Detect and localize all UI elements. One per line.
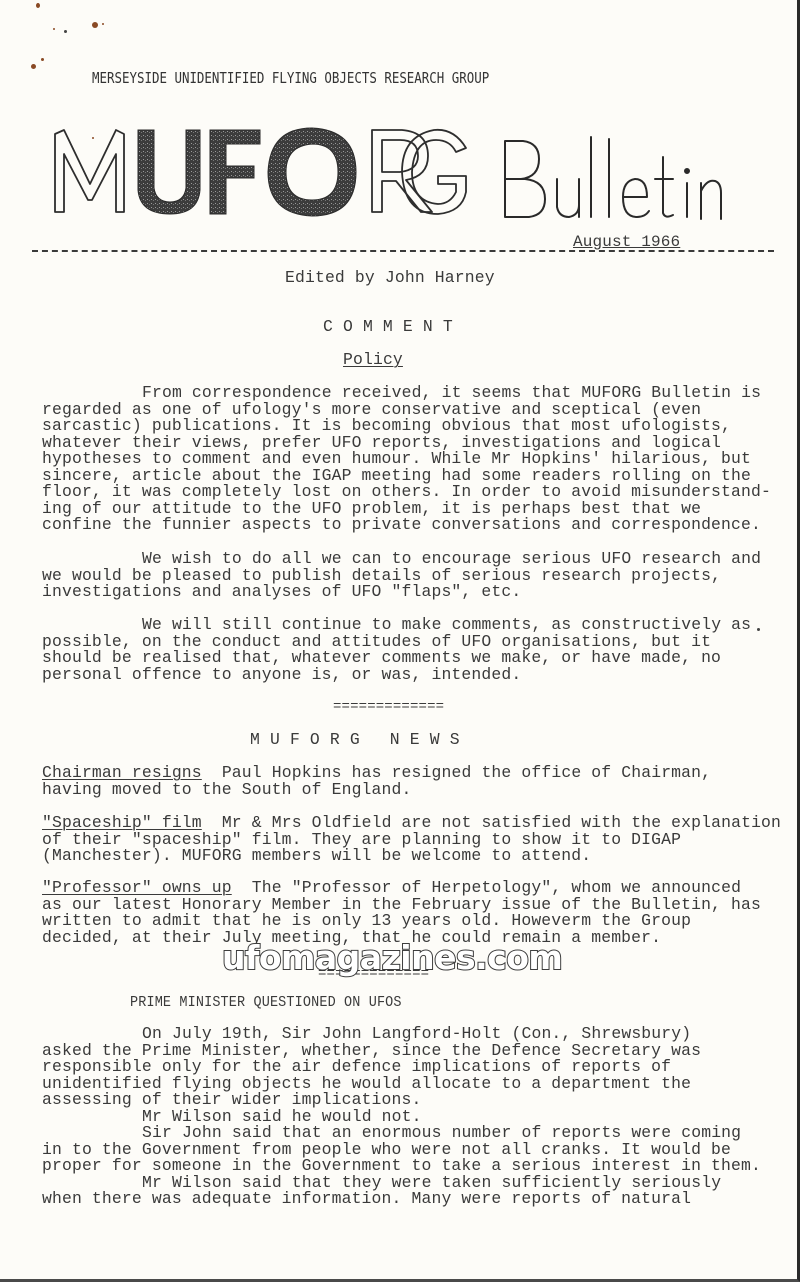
speck <box>757 628 760 631</box>
stain-spot <box>41 58 44 61</box>
bulletin-wordmark <box>495 135 725 225</box>
header-rule <box>32 250 774 252</box>
speck <box>64 30 67 33</box>
pm-heading: PRIME MINISTER QUESTIONED ON UFOS <box>130 995 402 1012</box>
paragraph-line: investigations and analyses of UFO "flap… <box>42 584 521 601</box>
stain-spot <box>36 3 40 8</box>
muforg-logo <box>50 122 470 222</box>
watermark: ufomagazines.com <box>222 938 562 977</box>
editor-credit: Edited by John Harney <box>285 270 495 287</box>
stain-spot <box>92 22 98 28</box>
stain-spot <box>31 64 36 69</box>
news-heading: M U F O R G N E W S <box>250 732 460 749</box>
organization-name: MERSEYSIDE UNIDENTIFIED FLYING OBJECTS R… <box>92 70 489 87</box>
issue-date: August 1966 <box>573 234 680 251</box>
paragraph-line: personal offence to anyone is, or was, i… <box>42 667 521 684</box>
news-item-text: (Manchester). MUFORG members will be wel… <box>42 848 591 865</box>
paragraph-line: confine the funnier aspects to private c… <box>42 517 761 534</box>
comment-heading: C O M M E N T <box>323 319 453 336</box>
policy-subheading: Policy <box>343 352 403 369</box>
section-separator: ============= <box>333 699 444 716</box>
stain-spot <box>53 28 55 30</box>
bulletin-page: MERSEYSIDE UNIDENTIFIED FLYING OBJECTS R… <box>0 0 800 1282</box>
news-item-text: having moved to the South of England. <box>42 782 411 799</box>
stain-spot <box>102 23 104 25</box>
pm-paragraph-line: when there was adequate information. Man… <box>42 1191 691 1208</box>
